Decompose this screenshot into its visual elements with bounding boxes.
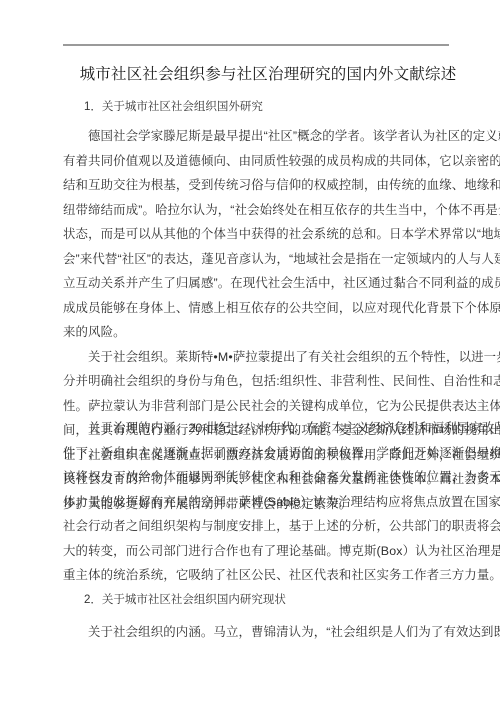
section-heading-1: 1．关于城市社区社会组织国外研究 <box>84 99 263 115</box>
text-line: 该将权力下放给个体而退回到能够使个人和社会充分发挥主体性的位置，为多元治理主 <box>63 465 455 490</box>
text-line: 分并明确社会组织的身份与角色，包括:组织性、非营利性、民间性、自治性和志愿 <box>63 369 455 394</box>
header-rule <box>63 44 449 46</box>
section-heading-2: 2．关于城市社区社会组织国内研究现状 <box>84 592 286 608</box>
text-line: 社会行动者之间组织架构与制度安排上，基于上述的分析，公共部门的职责将会发生很 <box>63 514 455 539</box>
text-line: 会”来代替“社区”的表达，蓬见音彦认为，“地域社会是指在一定领域内的人与人建 <box>63 247 455 272</box>
document-page: 城市社区社会组织参与社区治理研究的国内外文献综述 1．关于城市社区社会组织国外研… <box>0 0 500 707</box>
text-line: 立互动关系并产生了归属感”。在现代社会生活中，社区通过黏合不同利益的成员，形 <box>63 271 455 296</box>
text-line: 重主体的统治系统，它吸纳了社区公民、社区代表和社区实务工作者三方力量。 <box>63 563 455 588</box>
text-line: 状态，而是可以从其他的个体当中获得的社会系统的总和。日本学术界常以“地域社 <box>63 222 455 247</box>
text-line: 关于社会组织的内涵。马立，曹锦清认为，“社会组织是人们为了有效达到既定目 <box>63 620 455 645</box>
text-line: 大的转变，而公司部门进行合作也有了理论基础。博克斯(Box）认为社区治理是包涵多 <box>63 539 455 564</box>
paragraph-governance: 关于治理的内涵。20 世纪七八十年代，在资本主义经济危机和福利国家改革的条 件下… <box>63 416 455 588</box>
text-line: 体力量的发挥留有充足的空间。萨博(Sable）认为治理结构应将焦点放置在国家与其… <box>63 490 455 515</box>
text-line: 来的风险。 <box>63 320 455 345</box>
text-line: 关于社会组织。莱斯特•M•萨拉蒙提出了有关社会组织的五个特性，以进一步区 <box>63 345 455 370</box>
text-line: 成成员能够在身体上、情感上相互依存的公共空间，以应对现代化背景下个体原子化带 <box>63 296 455 321</box>
document-title: 城市社区社会组织参与社区治理研究的国内外文献综述 <box>0 64 500 86</box>
paragraph-tonnies-community: 德国社会学家滕尼斯是最早提出“社区”概念的学者。该学者认为社区的定义就是 有着共… <box>63 124 455 345</box>
text-line: 德国社会学家滕尼斯是最早提出“社区”概念的学者。该学者认为社区的定义就是 <box>63 124 455 149</box>
text-line: 结和互助交往为根基，受到传统习俗与信仰的权威控制，由传统的血缘、地缘和文化等 <box>63 173 455 198</box>
text-line: 有着共同价值观以及道德倾向、由同质性较强的成员构成的共同体，它以亲密的情感联 <box>63 149 455 174</box>
paragraph-domestic-social-organization: 关于社会组织的内涵。马立，曹锦清认为，“社会组织是人们为了有效达到既定目 <box>63 620 455 645</box>
text-line: 关于治理的内涵。20 世纪七八十年代，在资本主义经济危机和福利国家改革的条 <box>63 416 455 441</box>
text-line: 纽带缔结而成”。哈拉尔认为，“社会始终处在相互依存的共生当中，个体不再是分离的 <box>63 198 455 223</box>
text-line: 件下，新自由主义逐渐占据了西方社会话语的主导位置，学者们开始逐渐倡导将政府应 <box>63 441 455 466</box>
text-line: 性。萨拉蒙认为非营利部门是公民社会的关键构成单位，它为公民提供表达主体性的空 <box>63 394 455 419</box>
